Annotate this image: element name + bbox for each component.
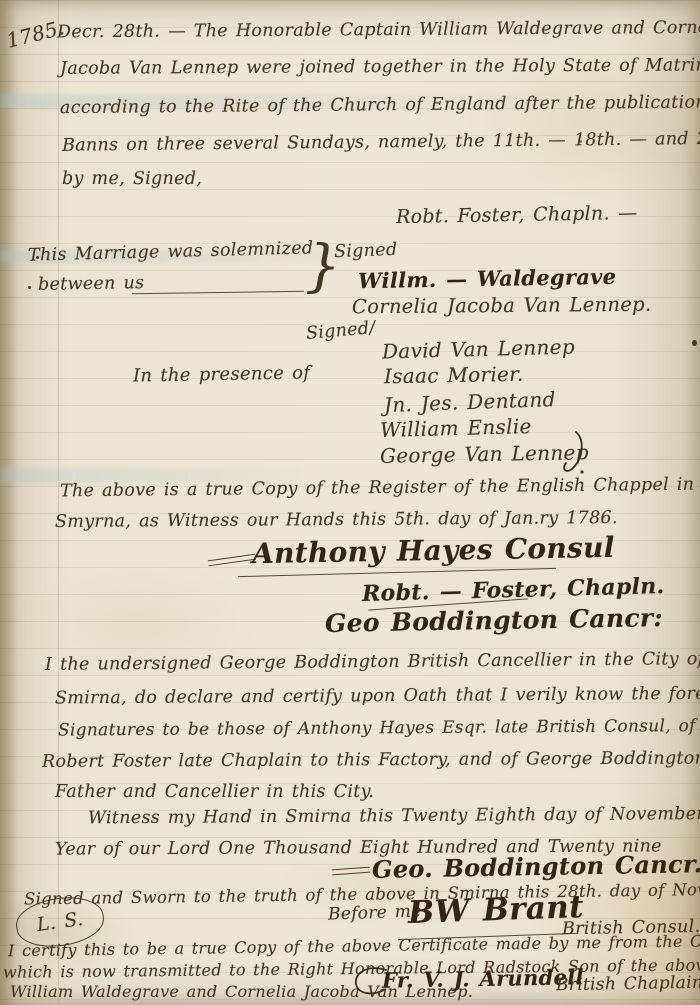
boddington-1829-signature: Geo. Boddington Cancr. xyxy=(372,849,700,884)
bride-signature: Cornelia Jacoba Van Lennep. xyxy=(352,293,652,319)
witness-name: Isaac Morier. xyxy=(384,362,524,388)
witnesses-signed-label: Signed/ xyxy=(305,318,376,344)
certification-line: Robert Foster late Chaplain to this Fact… xyxy=(42,748,700,772)
witness-name: William Enslie xyxy=(380,414,532,442)
solemnized-line: This Marriage was solemnized xyxy=(28,238,314,265)
signed-label: Signed xyxy=(334,240,398,262)
foster-chaplain-signature: Robt. Foster, Chapln. — xyxy=(396,202,638,228)
signature-paraph-flourish xyxy=(560,430,588,476)
arundell-chaplain-signature: Fr. V. J. Arundell xyxy=(382,964,584,993)
witness-name: George Van Lennep xyxy=(380,440,589,468)
entry-line: Decr. 28th. — The Honorable Captain Will… xyxy=(57,18,700,43)
signature-flourish-dash xyxy=(332,867,370,876)
boddington-1786-signature: Geo Boddington Cancr: xyxy=(325,603,663,638)
brace-mark: } xyxy=(305,234,341,299)
witness-hand-line: Witness my Hand in Smirna this Twenty Ei… xyxy=(88,804,700,829)
signature-flourish-dash xyxy=(208,554,256,567)
seal-label: L. S. xyxy=(35,908,84,936)
ink-spot xyxy=(28,286,31,289)
entry-line: by me, Signed, xyxy=(62,169,202,189)
document-page: 1785. Decr. 28th. — The Honorable Captai… xyxy=(0,0,700,1005)
entry-line: according to the Rite of the Church of E… xyxy=(60,92,700,118)
entry-line: Banns on three several Sundays, namely, … xyxy=(62,128,700,155)
blank-rule-line xyxy=(132,291,304,294)
arundell-chaplain-title: British Chaplain xyxy=(556,973,700,996)
presence-label: In the presence of xyxy=(133,362,311,386)
foster-1786-signature: Robt. — Foster, Chapln. xyxy=(362,573,665,607)
certification-line: Father and Cancellier in this City. xyxy=(55,782,374,802)
between-us-line: between us xyxy=(38,273,145,295)
entry-line: Jacoba Van Lennep were joined together i… xyxy=(60,55,700,79)
witness-name: Jn. Jes. Dentand xyxy=(384,387,556,417)
ink-spot xyxy=(692,340,697,346)
brant-consul-signature: BW Brant xyxy=(407,889,584,931)
hayes-consul-signature: Anthony Hayes Consul xyxy=(252,531,615,570)
certification-line: Smirna, do declare and certify upon Oath… xyxy=(55,684,700,709)
true-copy-line: Smyrna, as Witness our Hands this 5th. d… xyxy=(55,508,618,532)
certification-line: Signatures to be those of Anthony Hayes … xyxy=(58,715,700,740)
witness-name: David Van Lennep xyxy=(382,334,575,363)
groom-signature: Willm. — Waldegrave xyxy=(358,264,617,294)
certification-line: I the undersigned George Boddington Brit… xyxy=(45,649,700,675)
true-copy-line: The above is a true Copy of the Register… xyxy=(60,475,694,502)
